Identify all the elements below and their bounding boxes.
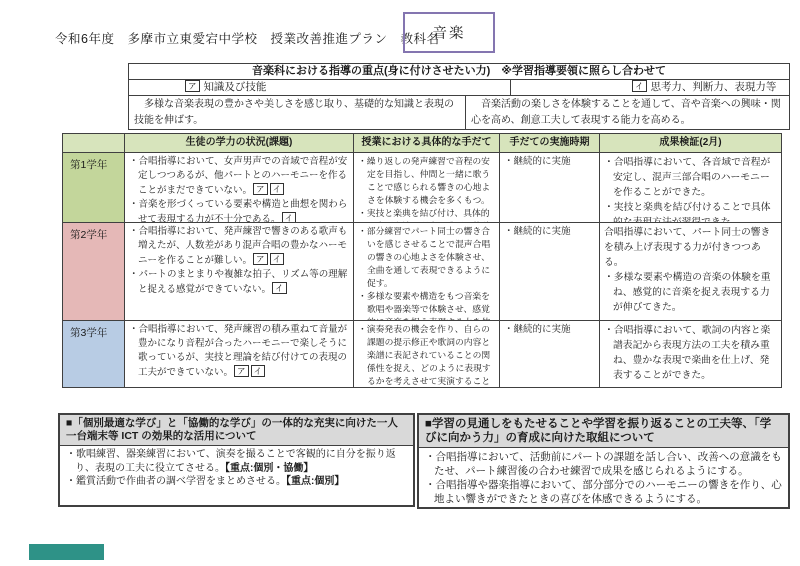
tag-a-box: ア [253, 253, 268, 265]
tag-b-box: イ [272, 282, 287, 294]
focus-col-b-body: 音楽活動の楽しさを体験することを通して、音や音楽への興味・関心を高め、創意工夫し… [466, 96, 789, 129]
tag-a-box: ア [234, 365, 249, 377]
column-header-timing: 手だての実施時期 [500, 134, 600, 153]
focus-col-b-label: 思考力、判断力、表現力等 [650, 81, 776, 93]
grade1-results-cell: ・合唱指導において、各音域で音程が安定し、混声三部合唱のハーモニーを作ることがで… [600, 153, 781, 223]
ict-section: ■「個別最適な学び」と「協働的な学び」の一体的な充実に向けた一人一台端末等 IC… [58, 413, 415, 507]
status-item: ・合唱指導において、女声男声での音域で音程が安定しつつあるが、他パートとのハーモ… [129, 155, 349, 198]
measure-item: ・繰り返しの発声練習で音程の安定を目指し、仲間と一緒に歌うことで感じられる響きの… [358, 155, 495, 207]
grade3-timing-cell: ・継続的に実施 [500, 321, 600, 387]
grade1-label: 第1学年 [63, 153, 125, 223]
result-item: ・合唱指導において、歌詞の内容と楽譜表記から表現方法の工夫を積み重ね、豊かな表現… [604, 323, 777, 383]
focus-col-b-heading: イ 思考力、判断力、表現力等 [511, 80, 789, 95]
status-item: ・合唱指導において、発声練習の積み重ねて音量が豊かになり音程が合ったハーモニーで… [129, 323, 349, 380]
grade1-timing-cell: ・継続的に実施 [500, 153, 600, 223]
result-item: 合唱指導において、パート同士の響きを積み上げ表現する力が付きつつある。 [604, 225, 777, 270]
grade1-measures-cell: ・繰り返しの発声練習で音程の安定を目指し、仲間と一緒に歌うことで感じられる響きの… [354, 153, 500, 223]
measure-item: ・演奏発表の機会を作り、自らの課題の提示修正や歌詞の内容と楽譜に表記されているこ… [358, 323, 495, 387]
focus-col-a-label: 知識及び技能 [203, 81, 266, 93]
tag-b-box: イ [282, 212, 297, 223]
grade3-measures-cell: ・演奏発表の機会を作り、自らの課題の提示修正や歌詞の内容と楽譜に表記されているこ… [354, 321, 500, 387]
learning-section-body: ・合唱指導において、活動前にパートの課題を話し合い、改善への意識をもたせ、パート… [419, 448, 788, 508]
result-item: ・実技と楽典を結び付けることで具体的な表現方法が習得できた。 [604, 200, 777, 223]
grade2-results-cell: 合唱指導において、パート同士の響きを積み上げ表現する力が付きつつある。 ・多様な… [600, 223, 781, 321]
tag-b-box: イ [632, 80, 647, 92]
measure-item: ・部分練習でパート同士の響き合いを感じさせることで混声合唱の響きの心地よさを体験… [358, 225, 495, 290]
measure-item: ・多様な要素や構造をもつ音楽を歌唱や器楽等で体験させ、感覚的に音楽を捉え表現する… [358, 290, 495, 321]
measure-item: ・実技と楽典を結び付け、具体的な表現方法を器楽や歌唱で体験させる。 [358, 207, 495, 223]
result-item: ・多様な要素や構造の音楽の体験を重ね、感覚的に音楽を捉え表現する力が伸びてきた。 [604, 270, 777, 315]
document-title: 令和6年度 多摩市立東愛宕中学校 授業改善推進プラン 教科名 [55, 29, 439, 47]
page: { "colors": { "grade1_fill": "#c3d69b", … [0, 0, 800, 566]
grade3-label: 第3学年 [63, 321, 125, 387]
focus-table-header: 音楽科における指導の重点(身に付けさせたい力) ※学習指導要領に照らし合わせて [129, 64, 789, 80]
emphasis-label: 【重点:個別・協働】 [225, 463, 313, 474]
ict-section-body: ・歌唱練習、器楽練習において、演奏を撮ることで客観的に自分を振り返り、表現の工夫… [60, 446, 413, 491]
grade1-status-cell: ・合唱指導において、女声男声での音域で音程が安定しつつあるが、他パートとのハーモ… [125, 153, 354, 223]
grade2-status-cell: ・合唱指導において、発声練習で響きのある歌声も増えたが、人数差があり混声合唱の豊… [125, 223, 354, 321]
emphasis-label: 【重点:個別】 [286, 476, 344, 487]
focus-col-a-body: 多様な音楽表現の豊かさや美しさを感じ取り、基礎的な知識と表現の技能を伸ばす。 [129, 96, 466, 129]
column-header-measures: 授業における具体的な手だて [354, 134, 500, 153]
tag-a-box: ア [185, 80, 200, 92]
footer-tab-marker [29, 544, 104, 560]
tag-a-box: ア [253, 183, 268, 195]
grade2-label: 第2学年 [63, 223, 125, 321]
status-item: ・パートのまとまりや複雑な拍子、リズム等の理解と捉える感覚ができていない。イ [129, 268, 349, 297]
tag-b-box: イ [270, 183, 285, 195]
column-header-status: 生徒の学力の状況(課題) [125, 134, 354, 153]
status-item: ・合唱指導において、発声練習で響きのある歌声も増えたが、人数差があり混声合唱の豊… [129, 225, 349, 268]
grade3-status-cell: ・合唱指導において、発声練習の積み重ねて音量が豊かになり音程が合ったハーモニーで… [125, 321, 354, 387]
grade-table: 生徒の学力の状況(課題) 授業における具体的な手だて 手だての実施時期 成果検証… [62, 133, 782, 388]
tag-b-box: イ [270, 253, 285, 265]
result-item: ・合唱指導において、各音域で音程が安定し、混声三部合唱のハーモニーを作ることがで… [604, 155, 777, 200]
learning-item: ・合唱指導において、活動前にパートの課題を話し合い、改善への意識をもたせ、パート… [425, 450, 782, 478]
status-item: ・音楽を形づくっている要素や構造と曲想を関わらせて表現する力が不十分である。イ [129, 198, 349, 223]
focus-table: 音楽科における指導の重点(身に付けさせたい力) ※学習指導要領に照らし合わせて … [128, 63, 790, 130]
focus-col-a-heading: ア 知識及び技能 [129, 80, 511, 95]
learning-item: ・合唱指導や器楽指導において、部分部分でのハーモニーの響きを作り、心地よい響きが… [425, 478, 782, 506]
grade2-measures-cell: ・部分練習でパート同士の響き合いを感じさせることで混声合唱の響きの心地よさを体験… [354, 223, 500, 321]
ict-section-header: ■「個別最適な学び」と「協働的な学び」の一体的な充実に向けた一人一台端末等 IC… [60, 415, 413, 446]
ict-item: ・鑑賞活動で作曲者の調べ学習をまとめさせる。【重点:個別】 [66, 475, 407, 489]
grade2-timing-cell: ・継続的に実施 [500, 223, 600, 321]
ict-item: ・歌唱練習、器楽練習において、演奏を撮ることで客観的に自分を振り返り、表現の工夫… [66, 448, 407, 475]
grade3-results-cell: ・合唱指導において、歌詞の内容と楽譜表記から表現方法の工夫を積み重ね、豊かな表現… [600, 321, 781, 387]
subject-box: 音楽 [403, 12, 495, 53]
learning-section: ■学習の見通しをもたせることや学習を振り返ることの工夫等、「学びに向かう力」の育… [417, 413, 790, 509]
column-header-results: 成果検証(2月) [600, 134, 781, 153]
learning-section-header: ■学習の見通しをもたせることや学習を振り返ることの工夫等、「学びに向かう力」の育… [419, 415, 788, 448]
corner-header-cell [63, 134, 125, 153]
tag-b-box: イ [251, 365, 266, 377]
subject-label: 音楽 [433, 22, 466, 43]
